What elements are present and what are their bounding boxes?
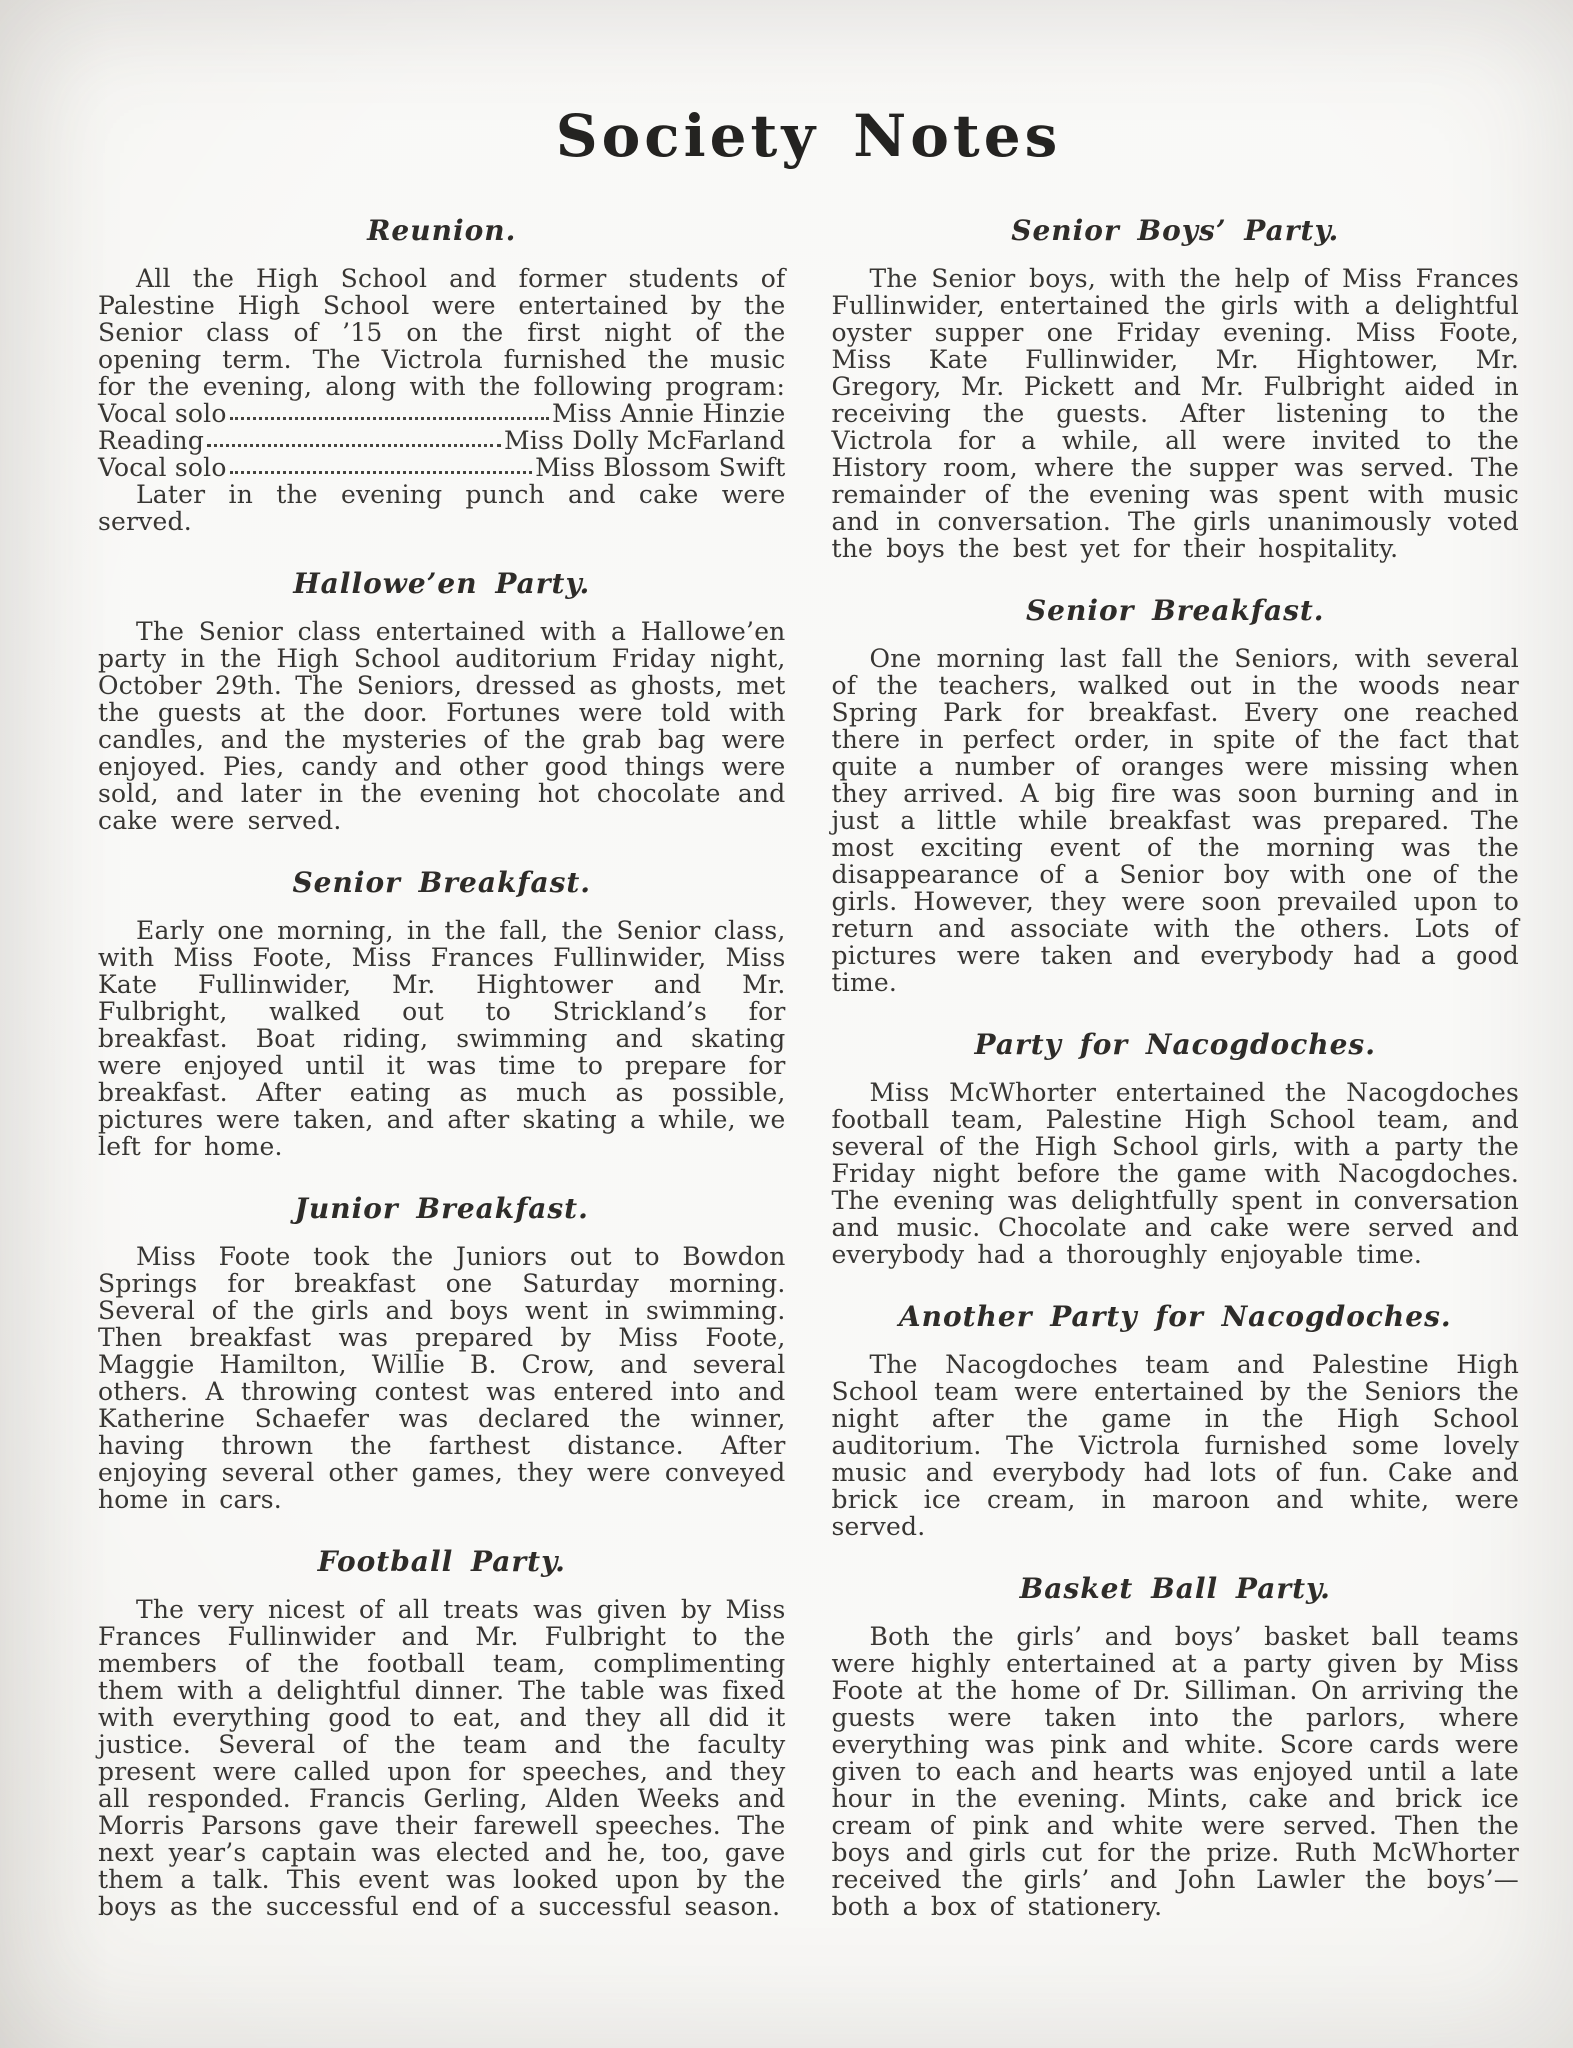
paragraph: Both the girls’ and boys’ basket ball te… [832,1623,1520,1920]
paragraph: Miss McWhorter entertained the Nacogdoch… [832,1079,1520,1268]
paragraph: Miss Foote took the Juniors out to Bowdo… [98,1243,786,1513]
program-row: Reading Miss Dolly McFarland [98,427,786,454]
program-item-label: Reading [98,427,204,454]
section-senior-breakfast-left: Senior Breakfast. Early one morning, in … [98,866,786,1160]
paragraph: Later in the evening punch and cake were… [98,481,786,535]
paragraph: The very nicest of all treats was given … [98,1596,786,1920]
program-list: Vocal solo Miss Annie Hinzie Reading Mis… [98,400,786,481]
scanned-yearbook-page: Society Notes Reunion. All the High Scho… [0,0,1573,2048]
paragraph: The Nacogdoches team and Palestine High … [832,1351,1520,1540]
dotted-leader [207,444,501,447]
program-item-label: Vocal solo [98,454,227,481]
right-column: Senior Boys’ Party. The Senior boys, wit… [832,214,1520,1920]
paragraph: The Senior class entertained with a Hall… [98,618,786,834]
section-heading: Reunion. [98,214,786,247]
section-heading: Party for Nacogdoches. [832,1028,1520,1061]
section-heading: Senior Boys’ Party. [832,214,1520,247]
section-reunion: Reunion. All the High School and former … [98,214,786,535]
program-item-label: Vocal solo [98,400,227,427]
program-row: Vocal solo Miss Blossom Swift [98,454,786,481]
dotted-leader [230,471,533,474]
program-performer: Miss Blossom Swift [535,454,785,481]
program-performer: Miss Annie Hinzie [552,400,785,427]
program-row: Vocal solo Miss Annie Hinzie [98,400,786,427]
dotted-leader [230,417,549,420]
section-heading: Basket Ball Party. [832,1572,1520,1605]
section-senior-boys-party: Senior Boys’ Party. The Senior boys, wit… [832,214,1520,562]
section-heading: Junior Breakfast. [98,1192,786,1225]
section-basket-ball-party: Basket Ball Party. Both the girls’ and b… [832,1572,1520,1920]
page-title: Society Notes [98,102,1519,170]
section-heading: Senior Breakfast. [832,594,1520,627]
section-heading: Another Party for Nacogdoches. [832,1300,1520,1333]
section-heading: Football Party. [98,1545,786,1578]
section-junior-breakfast: Junior Breakfast. Miss Foote took the Ju… [98,1192,786,1513]
section-another-party-for-nacogdoches: Another Party for Nacogdoches. The Nacog… [832,1300,1520,1540]
paragraph: Early one morning, in the fall, the Seni… [98,917,786,1160]
left-column: Reunion. All the High School and former … [98,214,786,1920]
paragraph: All the High School and former students … [98,265,786,400]
section-senior-breakfast-right: Senior Breakfast. One morning last fall … [832,594,1520,996]
section-heading: Senior Breakfast. [98,866,786,899]
section-football-party: Football Party. The very nicest of all t… [98,1545,786,1920]
program-performer: Miss Dolly McFarland [504,427,785,454]
two-column-layout: Reunion. All the High School and former … [98,214,1519,1920]
section-halloween-party: Hallowe’en Party. The Senior class enter… [98,567,786,834]
paragraph: One morning last fall the Seniors, with … [832,645,1520,996]
paragraph: The Senior boys, with the help of Miss F… [832,265,1520,562]
section-party-for-nacogdoches: Party for Nacogdoches. Miss McWhorter en… [832,1028,1520,1268]
section-heading: Hallowe’en Party. [98,567,786,600]
